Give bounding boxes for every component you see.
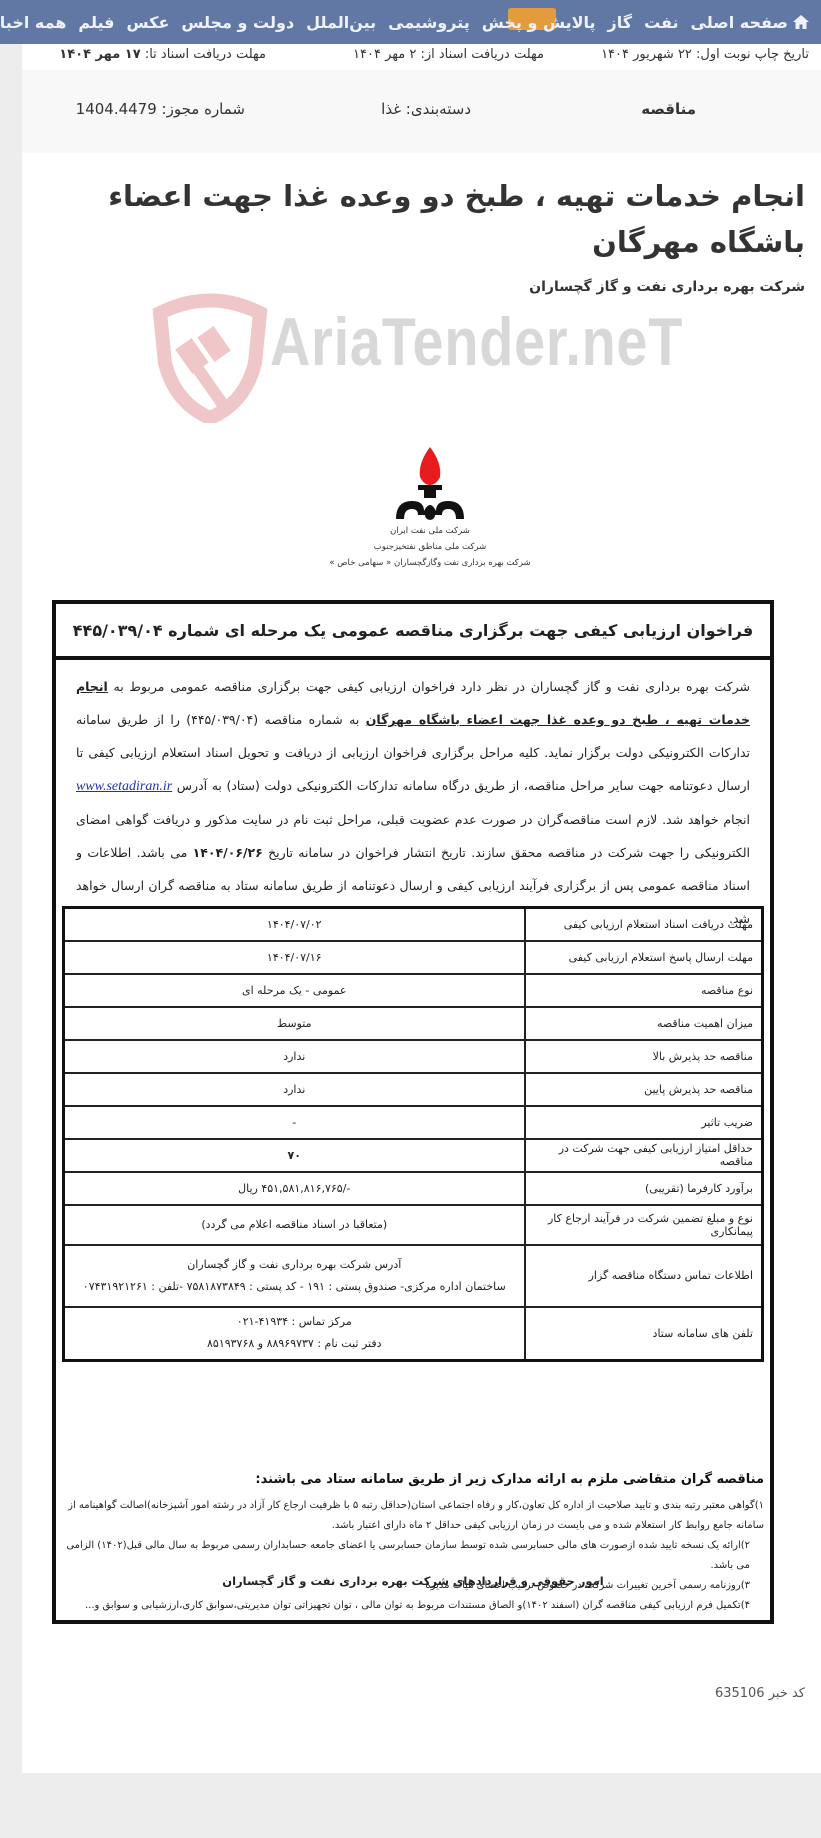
news-code: کد خبر 635106 bbox=[715, 1686, 805, 1701]
requirements-list: ۱)گواهی معتبر رتبه بندی و تایید صلاحیت ا… bbox=[64, 1496, 764, 1616]
document-header: فراخوان ارزیابی کیفی جهت برگزاری مناقصه … bbox=[56, 604, 770, 660]
tender-meta-card: تاریخ چاپ نوبت اول: ۲۲ شهریور ۱۴۰۴ مهلت … bbox=[22, 44, 821, 153]
nav-item-video[interactable]: فیلم bbox=[78, 13, 114, 32]
receive-until-value: ۱۷ مهر ۱۴۰۴ bbox=[59, 47, 140, 62]
phone-line: دفتر ثبت نام : ۸۸۹۶۹۷۳۷ و ۸۵۱۹۳۷۶۸ bbox=[65, 1333, 524, 1355]
table-row: حداقل امتیاز ارزیابی کیفی جهت شرکت در من… bbox=[64, 1139, 763, 1172]
row-label: نوع و مبلغ تضمین شرکت در فرآیند ارجاع کا… bbox=[525, 1205, 763, 1245]
row-value: متوسط bbox=[64, 1007, 525, 1040]
watermark: AriaTender.neT bbox=[150, 293, 670, 423]
home-icon bbox=[793, 15, 809, 29]
nav-item-refining[interactable]: پالایش و پخش bbox=[482, 13, 596, 32]
requirement-item: ۲)ارائه یک نسخه تایید شده ازصورت های مال… bbox=[64, 1536, 764, 1576]
dates-row: تاریخ چاپ نوبت اول: ۲۲ شهریور ۱۴۰۴ مهلت … bbox=[22, 44, 821, 70]
nav-item-label: صفحه اصلی bbox=[691, 13, 788, 32]
publish-date: ۱۴۰۴/۰۶/۲۶ bbox=[193, 845, 263, 860]
logo-line-2: شرکت ملی مناطق نفتخیزجنوب bbox=[300, 539, 560, 555]
receive-from-date: مهلت دریافت اسناد از: ۲ مهر ۱۴۰۴ bbox=[353, 47, 544, 62]
row-label: تلفن های سامانه ستاد bbox=[525, 1307, 763, 1361]
table-row: مهلت ارسال پاسخ استعلام ارزیابی کیفی۱۴۰۴… bbox=[64, 941, 763, 974]
row-value: آدرس شرکت بهره برداری نفت و گاز گچسارانس… bbox=[64, 1245, 525, 1307]
address-line: آدرس شرکت بهره برداری نفت و گاز گچساران bbox=[65, 1254, 524, 1276]
nioc-logo: شرکت ملی نفت ایران شرکت ملی مناطق نفتخیز… bbox=[300, 443, 560, 593]
address-line: ساختمان اداره مرکزی- صندوق پستی : ۱۹۱ - … bbox=[65, 1276, 524, 1298]
row-value: عمومی - یک مرحله ای bbox=[64, 974, 525, 1007]
document-body: شرکت بهره برداری نفت و گاز گچساران در نظ… bbox=[56, 660, 770, 935]
row-label: برآورد کارفرما (تقریبی) bbox=[525, 1172, 763, 1205]
logo-line-3: شرکت بهره برداری نفت وگازگچساران « سهامی… bbox=[300, 555, 560, 571]
row-label: مناقصه حد پذیرش پایین bbox=[525, 1073, 763, 1106]
category[interactable]: دسته‌بندی: غذا bbox=[381, 100, 471, 118]
table-row: نوع مناقصهعمومی - یک مرحله ای bbox=[64, 974, 763, 1007]
table-row: برآورد کارفرما (تقریبی)-/۴۵۱,۵۸۱,۸۱۶,۷۶۵… bbox=[64, 1172, 763, 1205]
row-label: ضریب تاثیر bbox=[525, 1106, 763, 1139]
nav-item-oil[interactable]: نفت bbox=[644, 13, 678, 32]
row-value: ۱۴۰۴/۰۷/۱۶ bbox=[64, 941, 525, 974]
row-label: مهلت دریافت اسناد استعلام ارزیابی کیفی bbox=[525, 908, 763, 941]
permit-number: شماره مجوز: 1404.4479 bbox=[76, 100, 245, 118]
table-row: ضریب تاثیر- bbox=[64, 1106, 763, 1139]
logo-line-1: شرکت ملی نفت ایران bbox=[300, 523, 560, 539]
page-title: انجام خدمات تهیه ، طبخ دو وعده غذا جهت ا… bbox=[35, 173, 805, 265]
info-row: مناقصه دسته‌بندی: غذا شماره مجوز: 1404.4… bbox=[22, 70, 821, 153]
receive-until-label: مهلت دریافت اسناد تا: bbox=[145, 47, 266, 62]
row-label: اطلاعات تماس دستگاه مناقصه گزار bbox=[525, 1245, 763, 1307]
row-label: نوع مناقصه bbox=[525, 974, 763, 1007]
nav-item-gas[interactable]: گاز bbox=[608, 13, 633, 32]
print-date: تاریخ چاپ نوبت اول: ۲۲ شهریور ۱۴۰۴ bbox=[601, 47, 809, 62]
watermark-text: AriaTender.neT bbox=[270, 303, 683, 381]
row-value: ۷۰ bbox=[64, 1139, 525, 1172]
table-row: مهلت دریافت اسناد استعلام ارزیابی کیفی۱۴… bbox=[64, 908, 763, 941]
row-value: (متعاقبا در اسناد مناقصه اعلام می گردد) bbox=[64, 1205, 525, 1245]
article-card: انجام خدمات تهیه ، طبخ دو وعده غذا جهت ا… bbox=[22, 153, 821, 1773]
setad-link[interactable]: www.setadiran.ir bbox=[76, 779, 172, 794]
body-text: شرکت بهره برداری نفت و گاز گچساران در نظ… bbox=[108, 679, 750, 694]
row-label: حداقل امتیاز ارزیابی کیفی جهت شرکت در من… bbox=[525, 1139, 763, 1172]
row-label: مناقصه حد پذیرش بالا bbox=[525, 1040, 763, 1073]
table-row: نوع و مبلغ تضمین شرکت در فرآیند ارجاع کا… bbox=[64, 1205, 763, 1245]
table-row: اطلاعات تماس دستگاه مناقصه گزارآدرس شرکت… bbox=[64, 1245, 763, 1307]
row-value: مرکز تماس : ۴۱۹۳۴-۰۲۱دفتر ثبت نام : ۸۸۹۶… bbox=[64, 1307, 525, 1361]
logo-caption: شرکت ملی نفت ایران شرکت ملی مناطق نفتخیز… bbox=[300, 523, 560, 571]
row-label: مهلت ارسال پاسخ استعلام ارزیابی کیفی bbox=[525, 941, 763, 974]
requirement-item: ۴)تکمیل فرم ارزیابی کیفی مناقصه گران (اس… bbox=[64, 1596, 764, 1616]
table-row: میزان اهمیت مناقصهمتوسط bbox=[64, 1007, 763, 1040]
nav-item-home[interactable]: صفحه اصلی bbox=[691, 13, 809, 32]
table-row: مناقصه حد پذیرش بالاندارد bbox=[64, 1040, 763, 1073]
tender-document: فراخوان ارزیابی کیفی جهت برگزاری مناقصه … bbox=[52, 600, 774, 1624]
row-value: ۱۴۰۴/۰۷/۰۲ bbox=[64, 908, 525, 941]
tender-type: مناقصه bbox=[641, 100, 696, 118]
phone-line: مرکز تماس : ۴۱۹۳۴-۰۲۱ bbox=[65, 1311, 524, 1333]
requirement-item: ۱)گواهی معتبر رتبه بندی و تایید صلاحیت ا… bbox=[64, 1496, 764, 1536]
requirements-title: مناقصه گران متقاضی ملزم به ارائه مدارک ز… bbox=[255, 1472, 764, 1487]
row-value: ندارد bbox=[64, 1040, 525, 1073]
gavel-shield-icon bbox=[150, 293, 270, 423]
nav-item-government[interactable]: دولت و مجلس bbox=[181, 13, 294, 32]
row-value: -/۴۵۱,۵۸۱,۸۱۶,۷۶۵ ریال bbox=[64, 1172, 525, 1205]
nav-item-international[interactable]: بین‌الملل bbox=[306, 13, 376, 32]
nav-item-photo[interactable]: عکس bbox=[127, 13, 170, 32]
top-navigation: صفحه اصلی نفت گاز پالایش و پخش پتروشیمی … bbox=[0, 0, 821, 44]
table-row: مناقصه حد پذیرش پایینندارد bbox=[64, 1073, 763, 1106]
nav-item-petrochemical[interactable]: پتروشیمی bbox=[388, 13, 470, 32]
tender-details-table: مهلت دریافت اسناد استعلام ارزیابی کیفی۱۴… bbox=[62, 906, 764, 1362]
receive-until-date: مهلت دریافت اسناد تا: ۱۷ مهر ۱۴۰۴ bbox=[59, 47, 266, 62]
row-label: میزان اهمیت مناقصه bbox=[525, 1007, 763, 1040]
nav-item-all-news[interactable]: همه اخبار bbox=[0, 13, 66, 32]
row-value: ندارد bbox=[64, 1073, 525, 1106]
row-value: - bbox=[64, 1106, 525, 1139]
table-row: تلفن های سامانه ستادمرکز تماس : ۴۱۹۳۴-۰۲… bbox=[64, 1307, 763, 1361]
flame-logo-icon bbox=[300, 443, 560, 523]
document-signature: امور حقوقی و قراردادهای شرکت بهره برداری… bbox=[56, 1574, 770, 1588]
